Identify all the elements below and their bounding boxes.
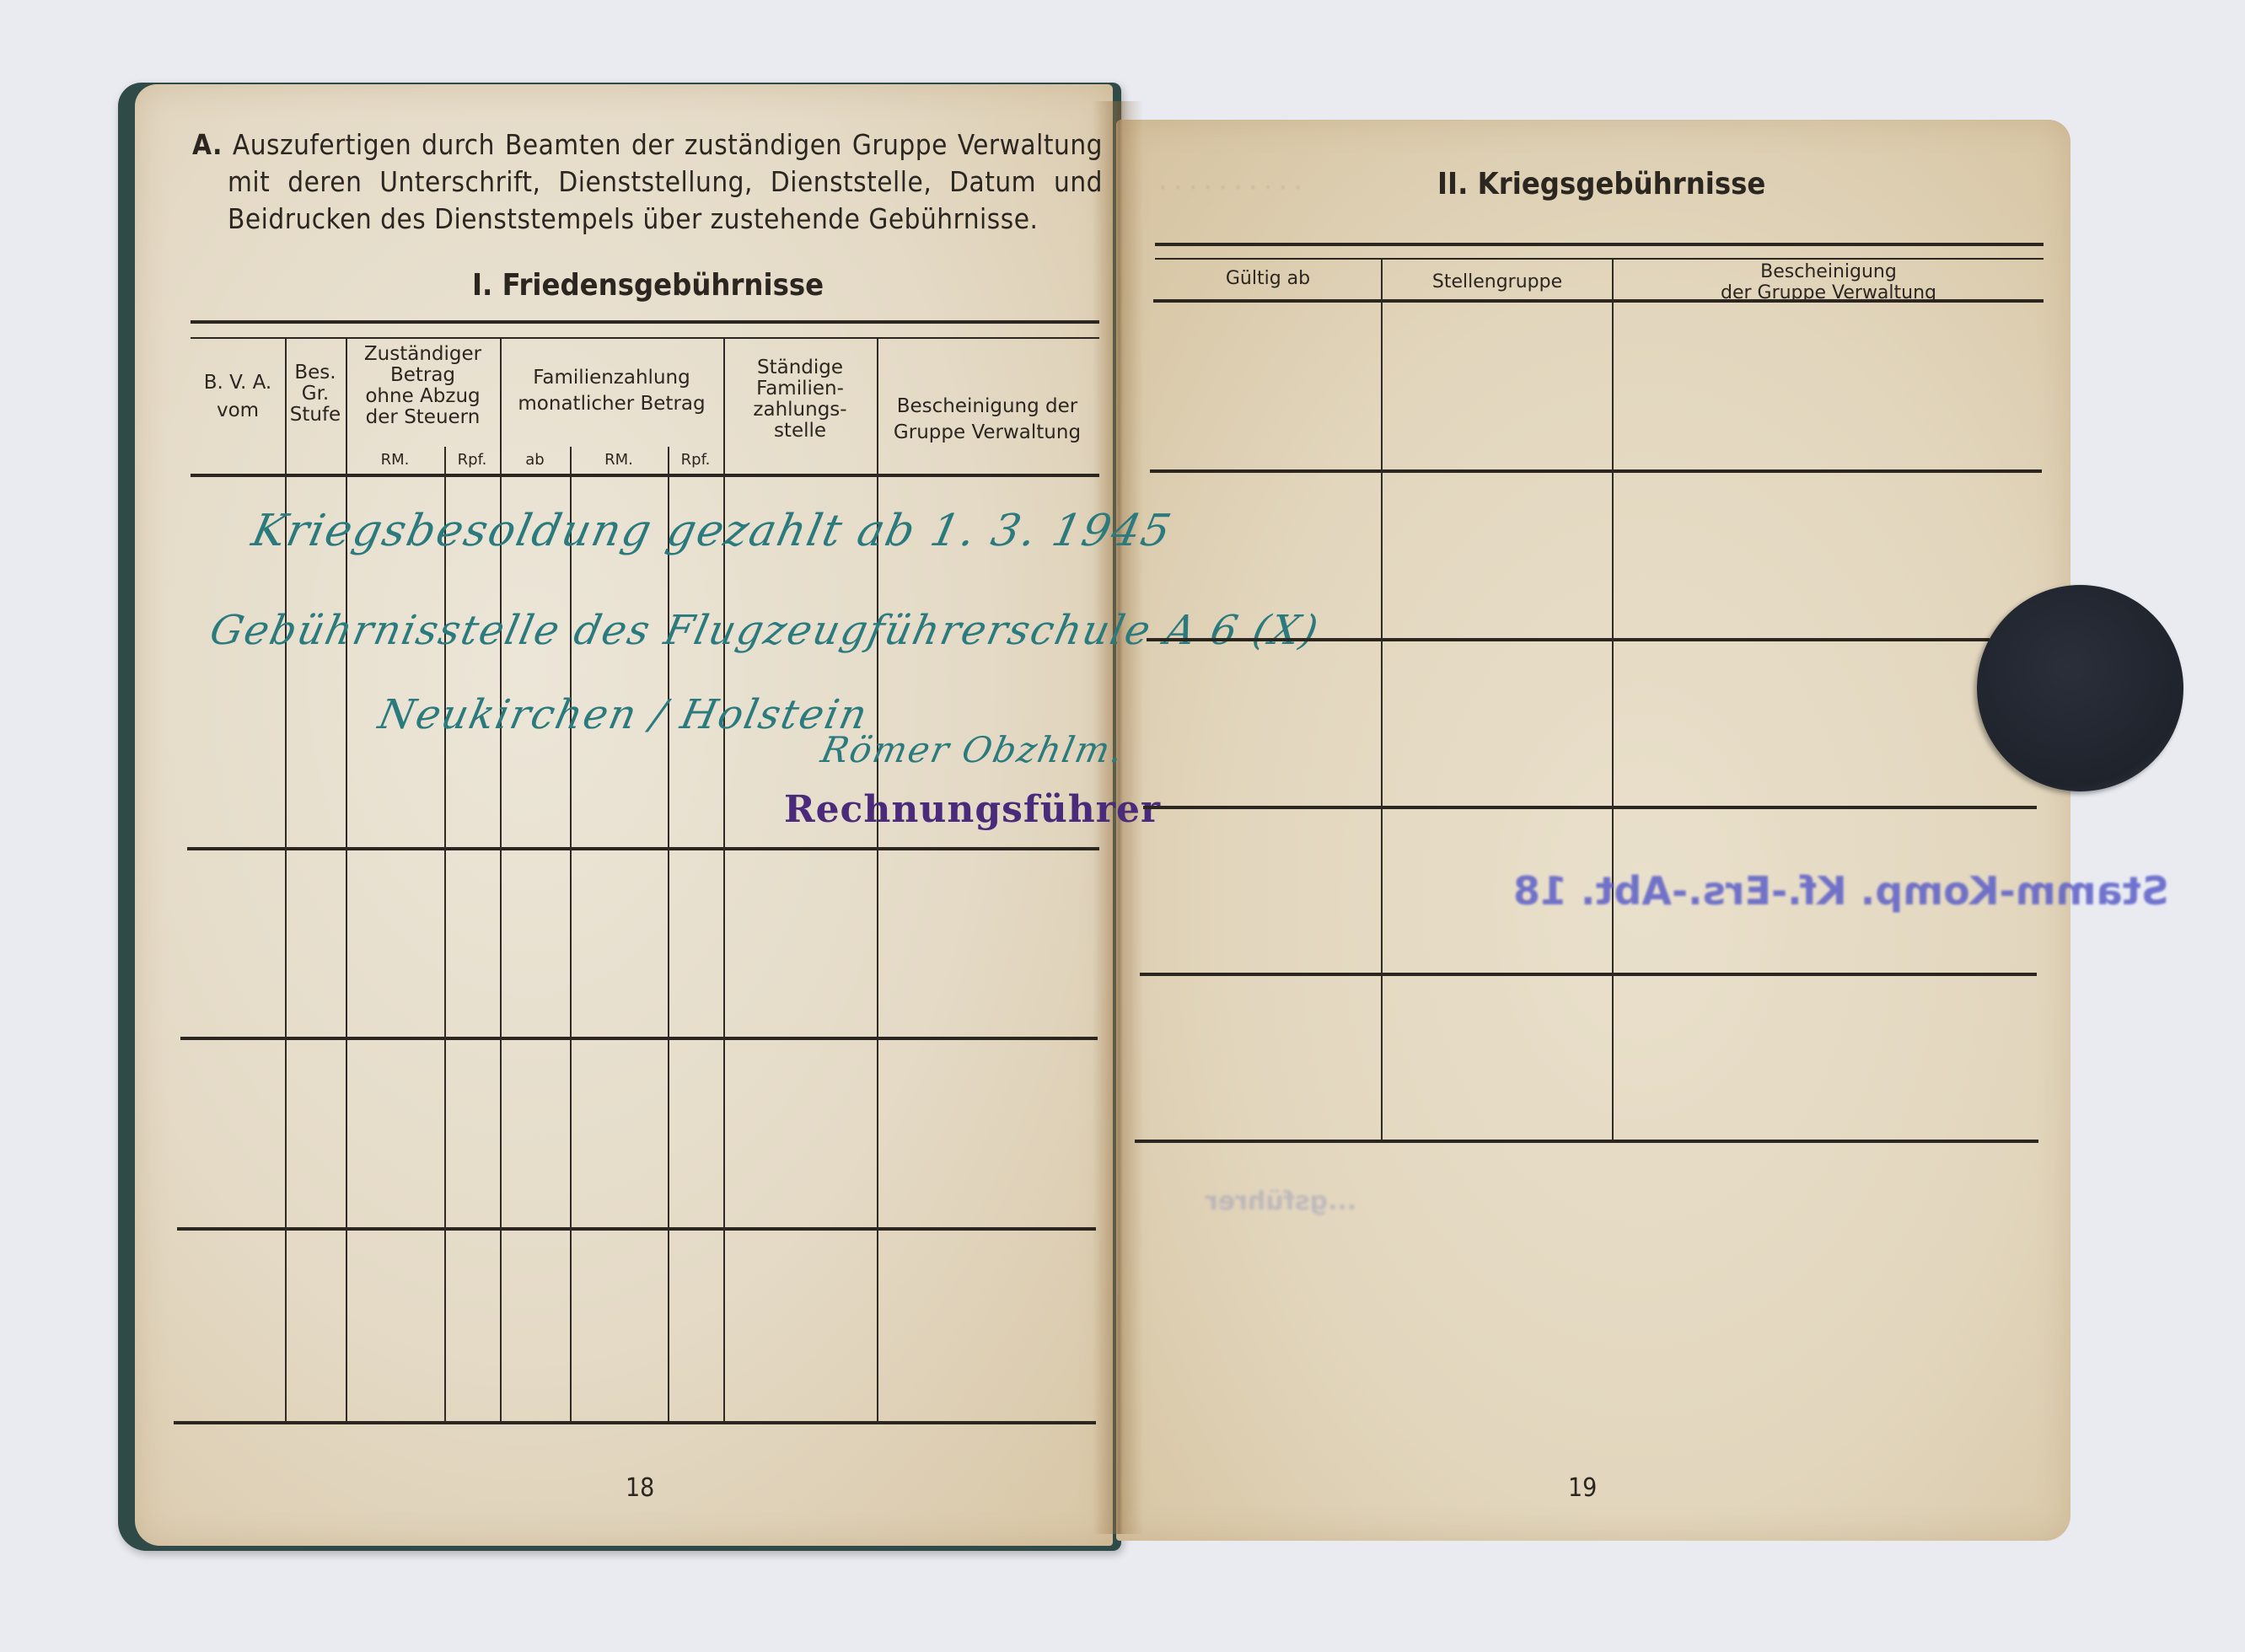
col-header-bes-line: Stufe	[285, 405, 346, 426]
subheader-divider	[344, 445, 723, 447]
column-divider	[668, 447, 669, 1421]
col-header-gueltig-ab: Gültig ab	[1155, 268, 1381, 289]
subheader-rm: RM.	[346, 451, 444, 469]
col-header-besch-line: Gruppe Verwaltung	[877, 422, 1098, 443]
col-header-besch-line: Bescheinigung der	[877, 396, 1098, 417]
rechnungsfuehrer-stamp: Rechnungsführer	[784, 788, 1161, 831]
table-row-rule	[1143, 806, 2037, 809]
col-header-zust-line: Betrag	[346, 365, 500, 386]
table-row-rule	[180, 1037, 1098, 1040]
instructions-line-3: Beidrucken des Dienststempels über zuste…	[192, 201, 1103, 238]
col-header-zust-line: der Steuern	[346, 407, 500, 428]
instructions-line-1: A. Auszufertigen durch Beamten der zustä…	[192, 126, 1103, 164]
table-row-rule	[177, 1227, 1096, 1231]
table-header-bottom-rule	[191, 474, 1099, 477]
col-header-zustaendig: Zuständiger Betrag ohne Abzug der Steuer…	[346, 344, 500, 428]
table-top-rule-thin	[1155, 258, 2044, 260]
subheader-ab: ab	[500, 451, 570, 469]
page-number-left: 18	[626, 1473, 654, 1503]
col-header-staend-line: zahlungs-	[723, 400, 877, 421]
handwritten-line-2: Gebührnisstelle des Flugzeugführerschule…	[206, 607, 1324, 654]
col-header-fam-line: monatlicher Betrag	[500, 394, 723, 415]
right-page	[1116, 120, 2070, 1541]
col-header-familienzahlung: Familienzahlung monatlicher Betrag	[500, 367, 723, 415]
col-header-fam-line: Familienzahlung	[500, 367, 723, 389]
instructions-block: A. Auszufertigen durch Beamten der zustä…	[192, 126, 1103, 238]
column-divider	[877, 339, 878, 1421]
col-header-bes-line: Gr.	[285, 383, 346, 405]
table-bottom-rule	[174, 1421, 1096, 1424]
table-top-rule	[191, 320, 1099, 324]
col-header-bescheinigung: Bescheinigung der Gruppe Verwaltung	[1614, 261, 2044, 303]
column-divider	[444, 447, 446, 1421]
table-bottom-rule	[1135, 1140, 2038, 1143]
column-divider	[346, 339, 347, 1421]
column-divider	[570, 447, 572, 1421]
page-number-right: 19	[1568, 1473, 1597, 1503]
col-header-zust-line: ohne Abzug	[346, 386, 500, 407]
handwritten-signature: Römer Obzhlm.	[818, 729, 1129, 770]
subheader-rpf: Rpf.	[444, 451, 500, 469]
column-divider	[500, 339, 502, 1421]
col-header-besch-line: der Gruppe Verwaltung	[1614, 282, 2044, 303]
table-top-rule-thin	[191, 337, 1099, 339]
black-disc-object	[1977, 585, 2183, 791]
table-row-rule	[1150, 469, 2042, 473]
column-divider	[1381, 260, 1383, 1141]
instructions-text-1: Auszufertigen durch Beamten der zuständi…	[233, 128, 1103, 161]
col-header-bes-line: Bes.	[285, 362, 346, 383]
ghost-stamp: ...gsführer	[1206, 1187, 1356, 1216]
table-row-rule	[187, 847, 1099, 850]
column-divider	[1612, 260, 1614, 1141]
column-divider	[723, 339, 725, 1421]
col-header-staend-line: stelle	[723, 421, 877, 442]
col-header-staend-line: Familien-	[723, 378, 877, 400]
column-divider	[285, 339, 287, 1421]
handwritten-line-3: Neukirchen / Holstein	[374, 691, 873, 738]
table-row-rule	[1147, 638, 1990, 641]
col-header-staendige: Ständige Familien- zahlungs- stelle	[723, 357, 877, 442]
col-header-bescheinigung: Bescheinigung der Gruppe Verwaltung	[877, 396, 1098, 443]
col-header-besch-line: Bescheinigung	[1614, 261, 2044, 282]
instructions-line-2: mit deren Unterschrift, Dienststellung, …	[192, 164, 1103, 201]
subheader-rpf: Rpf.	[668, 451, 723, 469]
section-title-peace: I. Friedensgebührnisse	[472, 268, 824, 303]
col-header-bva: B. V. A. vom	[191, 373, 285, 421]
instructions-label: A.	[192, 128, 223, 161]
unit-stamp-mirrored: Stamm-Komp. Kf.-Ers.-Abt. 18	[1513, 868, 2169, 914]
col-header-bes: Bes. Gr. Stufe	[285, 362, 346, 426]
col-header-staend-line: Ständige	[723, 357, 877, 378]
bleed-through-text: . . . . . . . . . .	[1159, 167, 1302, 195]
col-header-zust-line: Zuständiger	[346, 344, 500, 365]
table-top-rule	[1155, 243, 2044, 246]
table-row-rule	[1140, 973, 2037, 976]
section-title-war: II. Kriegsgebührnisse	[1437, 167, 1765, 201]
col-header-bva-line: B. V. A.	[191, 373, 285, 394]
handwritten-line-1: Kriegsbesoldung gezahlt ab 1. 3. 1945	[248, 506, 1177, 556]
col-header-stellengruppe: Stellengruppe	[1383, 271, 1612, 292]
subheader-rm: RM.	[570, 451, 668, 469]
col-header-bva-line: vom	[191, 400, 285, 421]
